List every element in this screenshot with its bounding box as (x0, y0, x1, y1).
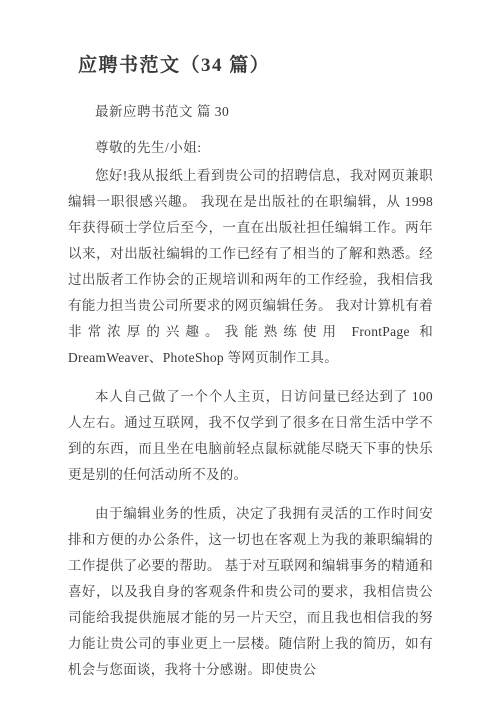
body-paragraph-2: 本人自己做了一个个人主页，日访问量已经达到了 100 人左右。通过互联网，我不仅… (68, 384, 433, 488)
document-subtitle: 最新应聘书范文 篇 30 (68, 99, 433, 125)
document-title: 应聘书范文（34 篇） (78, 52, 433, 80)
body-paragraph-3: 由于编辑业务的性质，决定了我拥有灵活的工作时间安排和方便的办公条件，这一切也在客… (68, 501, 433, 683)
body-paragraph-1: 您好!我从报纸上看到贵公司的招聘信息，我对网页兼职编辑一职很感兴趣。 我现在是出… (68, 163, 433, 371)
document-page: 应聘书范文（34 篇） 最新应聘书范文 篇 30 尊敬的先生/小姐: 您好!我从… (0, 0, 500, 707)
salutation-line: 尊敬的先生/小姐: (68, 135, 433, 161)
